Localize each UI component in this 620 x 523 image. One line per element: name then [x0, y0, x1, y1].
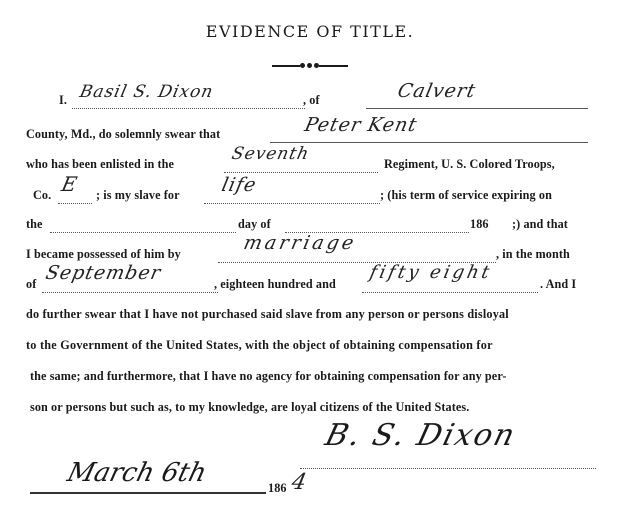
line6-suffix: , in the month	[496, 246, 570, 262]
term-handwritten: life	[220, 174, 259, 196]
line7-prefix: of	[26, 276, 36, 292]
date-line	[30, 492, 266, 494]
line4-prefix: Co.	[33, 187, 51, 203]
acquisition-month-handwritten: September	[44, 262, 163, 284]
line3-suffix: Regiment, U. S. Colored Troops,	[384, 156, 555, 172]
oath-line-4: son or persons but such as, to my knowle…	[30, 399, 469, 415]
date-year-handwritten-digit: 4	[289, 470, 309, 495]
line4-suffix: ; (his term of service expiring on	[380, 187, 552, 203]
month-expiry-field	[285, 216, 469, 233]
day-field	[50, 216, 236, 233]
county-handwritten: Calvert	[396, 80, 478, 102]
regiment-handwritten: Seventh	[230, 144, 311, 164]
claimant-name-handwritten: Basil S. Dixon	[78, 82, 216, 102]
acquisition-handwritten: marriage	[242, 232, 359, 254]
line5-mid: day of	[238, 216, 271, 232]
signature-line	[300, 452, 596, 469]
oath-line-1: do further swear that I have not purchas…	[26, 306, 509, 322]
slave-name-handwritten: Peter Kent	[303, 114, 420, 136]
title-ornament-divider	[272, 63, 348, 69]
oath-line-3: the same; and furthermore, that I have n…	[30, 368, 507, 384]
document-title: EVIDENCE OF TITLE.	[0, 22, 620, 41]
evidence-of-title-document: EVIDENCE OF TITLE. I. Basil S. Dixon , o…	[0, 0, 620, 523]
line6-prefix: I became possessed of him by	[26, 246, 181, 262]
line1-of: , of	[303, 92, 320, 108]
date-handwritten: March 6th	[64, 458, 209, 488]
oath-line-2: to the Government of the United States, …	[26, 337, 493, 353]
line4-mid: ; is my slave for	[96, 187, 180, 203]
signature-handwritten: B. S. Dixon	[322, 418, 520, 453]
line1-prefix: I.	[59, 92, 67, 108]
line7-mid: , eighteen hundred and	[214, 276, 336, 292]
line2-text: County, Md., do solemnly swear that	[26, 126, 220, 142]
acquisition-year-handwritten: fifty eight	[368, 262, 494, 283]
line5-year: 186	[470, 216, 489, 232]
line5-prefix: the	[26, 216, 43, 232]
date-year-prefix: 186	[268, 480, 287, 496]
line3-prefix: who has been enlisted in the	[26, 156, 174, 172]
line5-suffix: ;) and that	[512, 216, 568, 232]
line7-suffix: . And I	[540, 276, 576, 292]
